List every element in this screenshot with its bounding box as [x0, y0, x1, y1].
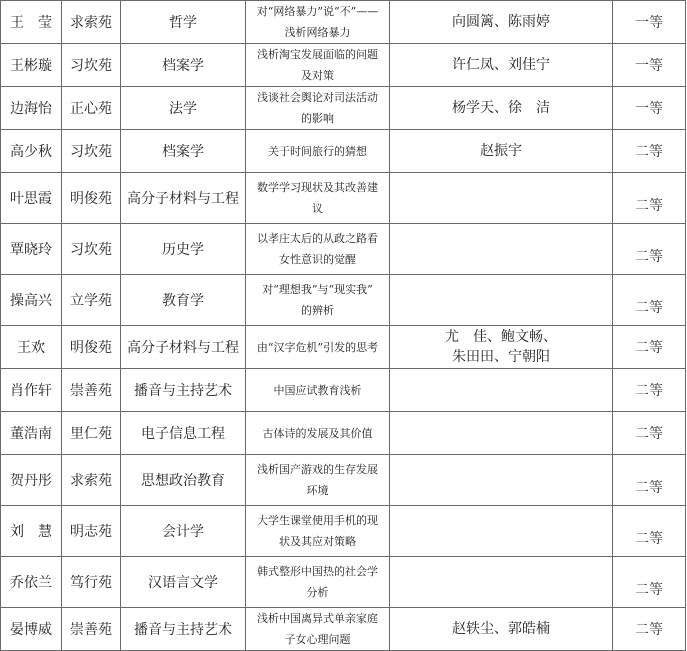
- table-row: 覃晓玲 习坎苑 历史学 以孝庄太后的从政之路看女性意识的觉醒 二等: [1, 224, 686, 275]
- paper-title-cell: 韩式整形中国热的社会学分析: [246, 557, 390, 608]
- paper-title-cell: 由“汉字危机”引发的思考: [246, 326, 390, 369]
- award-grade-cell: 二等: [613, 173, 686, 224]
- table-row: 王 莹 求索苑 哲学 对“网络暴力”说“不”——浅析网络暴力 向圆篱、陈雨婷 一…: [1, 1, 686, 44]
- paper-title-cell: 以孝庄太后的从政之路看女性意识的觉醒: [246, 224, 390, 275]
- student-name-cell: 贺丹彤: [1, 455, 62, 506]
- advisor-line: 许仁凤、刘佳宁: [390, 55, 612, 75]
- house-cell: 习坎苑: [62, 224, 121, 275]
- award-grade-cell: 二等: [613, 369, 686, 412]
- house-cell: 崇善苑: [62, 369, 121, 412]
- table-row: 边海怡 正心苑 法学 浅谈社会舆论对司法活动的影响 杨学天、徐 洁 一等: [1, 87, 686, 130]
- paper-title-line: 数学学习现状及其改善建: [247, 177, 388, 198]
- major-cell: 高分子材料与工程: [121, 326, 246, 369]
- paper-title-line: 对“理想我”与“现实我”: [247, 279, 388, 300]
- table-row: 贺丹彤 求索苑 思想政治教育 浅析国产游戏的生存发展环境 二等: [1, 455, 686, 506]
- paper-title-line: 环境: [247, 480, 388, 501]
- student-name-cell: 刘 慧: [1, 506, 62, 557]
- paper-title-line: 浅析国产游戏的生存发展: [247, 459, 388, 480]
- table-row: 王欢 明俊苑 高分子材料与工程 由“汉字危机”引发的思考 尤 佳、鲍文畅、朱田田…: [1, 326, 686, 369]
- major-cell: 会计学: [121, 506, 246, 557]
- table-row: 操高兴 立学苑 教育学 对“理想我”与“现实我”的辨析 二等: [1, 275, 686, 326]
- house-cell: 立学苑: [62, 275, 121, 326]
- paper-title-line: 由“汉字危机”引发的思考: [247, 337, 388, 358]
- paper-title-line: 议: [247, 198, 388, 219]
- paper-title-cell: 对“网络暴力”说“不”——浅析网络暴力: [246, 1, 390, 44]
- advisors-cell: 向圆篱、陈雨婷: [390, 1, 613, 44]
- award-grade-cell: 一等: [613, 1, 686, 44]
- house-cell: 正心苑: [62, 87, 121, 130]
- paper-title-cell: 大学生课堂使用手机的现状及其应对策略: [246, 506, 390, 557]
- award-grade-cell: 二等: [613, 130, 686, 173]
- paper-title-line: 对“网络暴力”说“不”——: [247, 1, 388, 22]
- paper-title-line: 的辨析: [247, 300, 388, 321]
- paper-title-line: 状及其应对策略: [247, 531, 388, 552]
- house-cell: 笃行苑: [62, 557, 121, 608]
- major-cell: 播音与主持艺术: [121, 369, 246, 412]
- award-grade-cell: 二等: [613, 412, 686, 455]
- award-grade-cell: 二等: [613, 224, 686, 275]
- major-cell: 哲学: [121, 1, 246, 44]
- advisor-line: 向圆篱、陈雨婷: [390, 12, 612, 32]
- award-grade-cell: 二等: [613, 275, 686, 326]
- major-cell: 高分子材料与工程: [121, 173, 246, 224]
- paper-title-cell: 浅谈社会舆论对司法活动的影响: [246, 87, 390, 130]
- paper-title-cell: 对“理想我”与“现实我”的辨析: [246, 275, 390, 326]
- table-row: 王彬璇 习坎苑 档案学 浅析淘宝发展面临的问题及对策 许仁凤、刘佳宁 一等: [1, 44, 686, 87]
- student-name-cell: 王 莹: [1, 1, 62, 44]
- advisor-line: 赵振宇: [390, 141, 612, 161]
- paper-title-line: 及对策: [247, 65, 388, 86]
- major-cell: 教育学: [121, 275, 246, 326]
- awards-table: 王 莹 求索苑 哲学 对“网络暴力”说“不”——浅析网络暴力 向圆篱、陈雨婷 一…: [0, 0, 686, 607]
- student-name-cell: 王彬璇: [1, 44, 62, 87]
- paper-title-line: 大学生课堂使用手机的现: [247, 510, 388, 531]
- student-name-cell: 边海怡: [1, 87, 62, 130]
- advisors-cell: [390, 455, 613, 506]
- paper-title-line: 女性意识的觉醒: [247, 249, 388, 270]
- student-name-cell: 王欢: [1, 326, 62, 369]
- table-row: 高少秋 习坎苑 档案学 关于时间旅行的猜想 赵振宇 二等: [1, 130, 686, 173]
- paper-title-cell: 古体诗的发展及其价值: [246, 412, 390, 455]
- advisors-cell: 杨学天、徐 洁: [390, 87, 613, 130]
- table-row: 乔依兰 笃行苑 汉语言文学 韩式整形中国热的社会学分析 二等: [1, 557, 686, 608]
- award-grade-cell: 二等: [613, 557, 686, 608]
- major-cell: 电子信息工程: [121, 412, 246, 455]
- house-cell: 习坎苑: [62, 44, 121, 87]
- advisors-cell: [390, 369, 613, 412]
- paper-title-line: 浅析淘宝发展面临的问题: [247, 44, 388, 65]
- student-name-cell: 肖作轩: [1, 369, 62, 412]
- house-cell: 习坎苑: [62, 130, 121, 173]
- advisor-line: 朱田田、宁朝阳: [390, 347, 612, 367]
- advisors-cell: 许仁凤、刘佳宁: [390, 44, 613, 87]
- house-cell: 明志苑: [62, 506, 121, 557]
- paper-title-line: 的影响: [247, 108, 388, 129]
- major-cell: 档案学: [121, 44, 246, 87]
- advisors-cell: [390, 412, 613, 455]
- awards-table-body: 王 莹 求索苑 哲学 对“网络暴力”说“不”——浅析网络暴力 向圆篱、陈雨婷 一…: [1, 1, 686, 608]
- paper-title-cell: 浅析国产游戏的生存发展环境: [246, 455, 390, 506]
- table-row: 叶思霞 明俊苑 高分子材料与工程 数学学习现状及其改善建议 二等: [1, 173, 686, 224]
- table-row: 肖作轩 崇善苑 播音与主持艺术 中国应试教育浅析 二等: [1, 369, 686, 412]
- paper-title-cell: 中国应试教育浅析: [246, 369, 390, 412]
- paper-title-line: 韩式整形中国热的社会学: [247, 561, 388, 582]
- advisors-cell: [390, 275, 613, 326]
- major-cell: 汉语言文学: [121, 557, 246, 608]
- house-cell: 求索苑: [62, 1, 121, 44]
- paper-title-line: 中国应试教育浅析: [247, 380, 388, 401]
- table-row: 董浩南 里仁苑 电子信息工程 古体诗的发展及其价值 二等: [1, 412, 686, 455]
- house-cell: 明俊苑: [62, 326, 121, 369]
- major-cell: 思想政治教育: [121, 455, 246, 506]
- house-cell: 里仁苑: [62, 412, 121, 455]
- award-grade-cell: 二等: [613, 455, 686, 506]
- paper-title-cell: 关于时间旅行的猜想: [246, 130, 390, 173]
- advisor-line: 杨学天、徐 洁: [390, 98, 612, 118]
- major-cell: 历史学: [121, 224, 246, 275]
- paper-title-line: 浅析网络暴力: [247, 22, 388, 43]
- paper-title-cell: 浅析淘宝发展面临的问题及对策: [246, 44, 390, 87]
- paper-title-line: 关于时间旅行的猜想: [247, 141, 388, 162]
- award-grade-cell: 一等: [613, 87, 686, 130]
- advisors-cell: [390, 506, 613, 557]
- student-name-cell: 叶思霞: [1, 173, 62, 224]
- table-row: 刘 慧 明志苑 会计学 大学生课堂使用手机的现状及其应对策略 二等: [1, 506, 686, 557]
- student-name-cell: 覃晓玲: [1, 224, 62, 275]
- award-grade-cell: 二等: [613, 506, 686, 557]
- house-cell: 明俊苑: [62, 173, 121, 224]
- student-name-cell: 乔依兰: [1, 557, 62, 608]
- major-cell: 法学: [121, 87, 246, 130]
- student-name-cell: 董浩南: [1, 412, 62, 455]
- paper-title-cell: 数学学习现状及其改善建议: [246, 173, 390, 224]
- advisors-cell: 尤 佳、鲍文畅、朱田田、宁朝阳: [390, 326, 613, 369]
- advisors-cell: [390, 224, 613, 275]
- award-grade-cell: 一等: [613, 44, 686, 87]
- advisor-line: 尤 佳、鲍文畅、: [390, 327, 612, 347]
- advisors-cell: 赵振宇: [390, 130, 613, 173]
- advisors-cell: [390, 557, 613, 608]
- paper-title-line: 古体诗的发展及其价值: [247, 423, 388, 444]
- student-name-cell: 操高兴: [1, 275, 62, 326]
- award-grade-cell: 二等: [613, 326, 686, 369]
- paper-title-line: 分析: [247, 582, 388, 603]
- house-cell: 求索苑: [62, 455, 121, 506]
- paper-title-line: 以孝庄太后的从政之路看: [247, 228, 388, 249]
- advisors-cell: [390, 173, 613, 224]
- paper-title-line: 浅谈社会舆论对司法活动: [247, 87, 388, 108]
- major-cell: 档案学: [121, 130, 246, 173]
- student-name-cell: 高少秋: [1, 130, 62, 173]
